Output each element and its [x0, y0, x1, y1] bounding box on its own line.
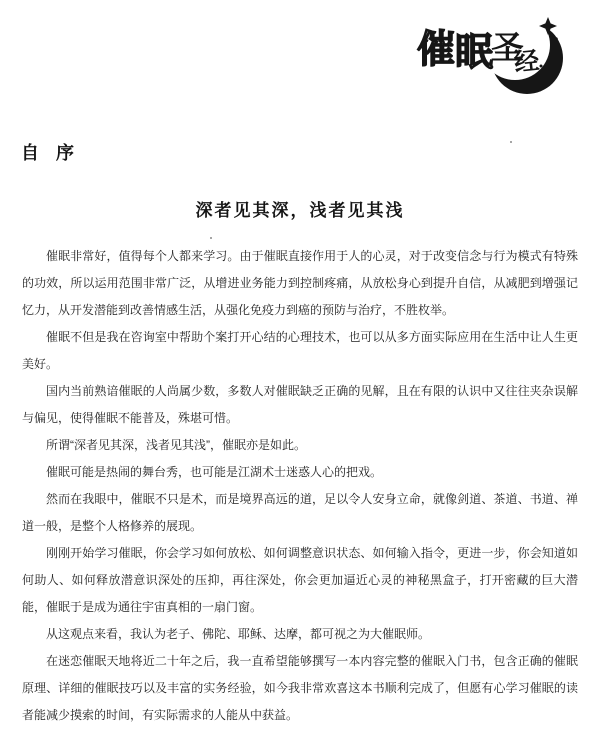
- paragraph: 从这观点来看，我认为老子、佛陀、耶稣、达摩，都可视之为大催眠师。: [22, 621, 578, 648]
- paragraph: 在迷恋催眠天地将近二十年之后，我一直希望能够撰写一本内容完整的催眠入门书，包含正…: [22, 648, 578, 729]
- logo-char-jing: 经: [513, 47, 541, 77]
- book-page: 催 眠 圣 经 自 序 深者见其深，浅者见其浅 催眠非常好，值得每个人都来学习。…: [0, 0, 600, 731]
- preface-body: 催眠非常好，值得每个人都来学习。由于催眠直接作用于人的心灵，对于改变信念与行为模…: [22, 243, 578, 729]
- paragraph: 催眠非常好，值得每个人都来学习。由于催眠直接作用于人的心灵，对于改变信念与行为模…: [22, 243, 578, 324]
- paragraph: 刚刚开始学习催眠，你会学习如何放松、如何调整意识状态、如何输入指令，更进一步，你…: [22, 540, 578, 621]
- paragraph: 催眠可能是热闹的舞台秀，也可能是江湖术士迷惑人心的把戏。: [22, 459, 578, 486]
- logo-char-mian: 眠: [455, 32, 494, 74]
- scan-speck: [210, 237, 212, 239]
- scan-speck: [510, 141, 512, 143]
- hypnosis-bible-logo: 催 眠 圣 经: [413, 8, 571, 104]
- logo-char-cui: 催: [417, 29, 455, 71]
- section-title: 自 序: [21, 139, 80, 165]
- paragraph: 所谓“深者见其深，浅者见其浅”，催眠亦是如此。: [22, 432, 578, 459]
- preface-heading: 深者见其深，浅者见其浅: [0, 196, 600, 221]
- paragraph: 国内当前熟谙催眠的人尚属少数，多数人对催眠缺乏正确的见解，且在有限的认识中又往往…: [22, 378, 578, 432]
- logo-ink-dot: [540, 65, 543, 68]
- paragraph: 然而在我眼中，催眠不只是术，而是境界高远的道，足以令人安身立命，就像剑道、茶道、…: [22, 486, 578, 540]
- paragraph: 催眠不但是我在咨询室中帮助个案打开心结的心理技术，也可以从多方面实际应用在生活中…: [22, 324, 578, 378]
- star-dot-icon: [554, 37, 558, 41]
